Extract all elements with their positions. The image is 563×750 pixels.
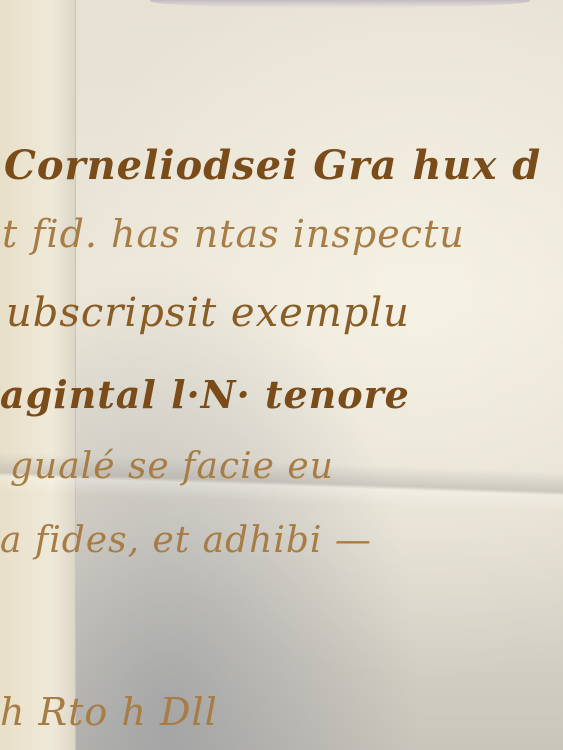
manuscript-line-7: h Rto h Dll xyxy=(0,690,218,734)
manuscript-line-2: t fid. has ntas inspectu xyxy=(2,212,465,256)
manuscript-line-6: a fides, et adhibi — xyxy=(0,520,372,561)
manuscript-line-5: gualé se facie eu xyxy=(10,446,334,487)
manuscript-line-1: Corneliodsei Gra hux d xyxy=(4,142,541,189)
manuscript-line-4: agintal l·N· tenore xyxy=(0,372,410,417)
manuscript-line-3: ubscripsit exemplu xyxy=(6,290,410,336)
